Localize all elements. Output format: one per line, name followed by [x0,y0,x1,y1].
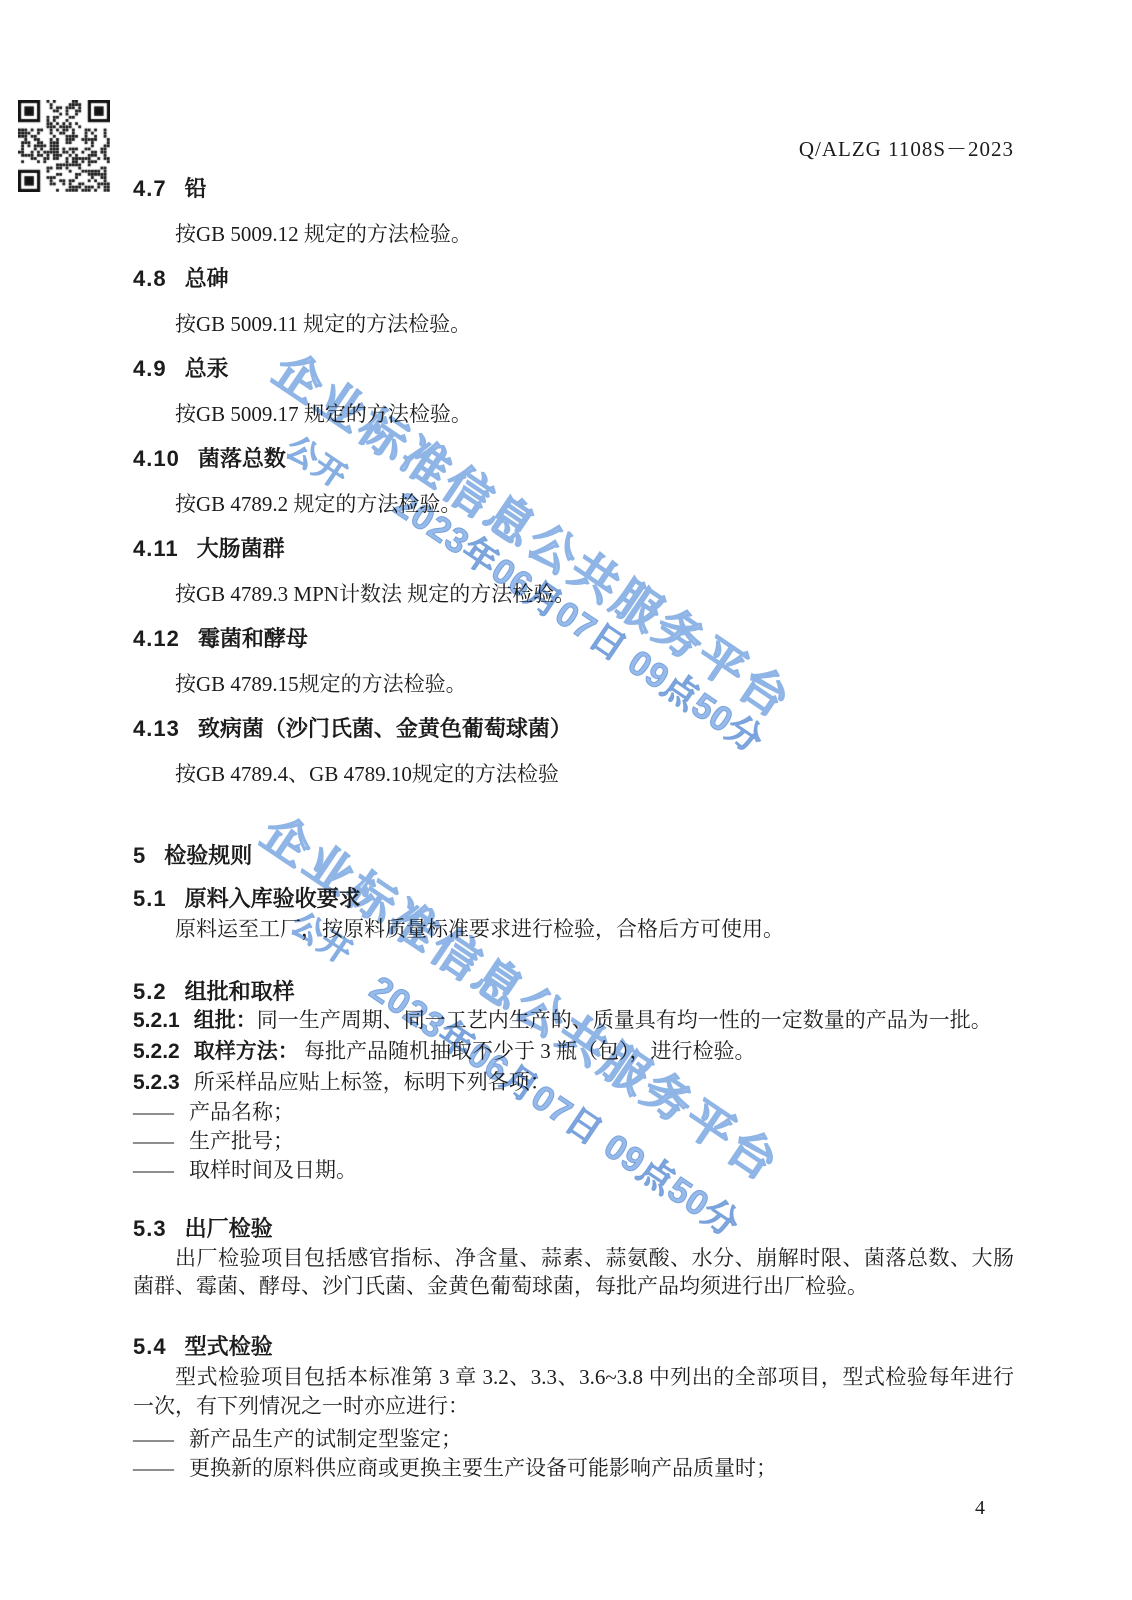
clause-number: 5.2.1 [133,1009,180,1032]
section-heading-5-3: 5.3出厂检验 [133,1216,1014,1242]
document-page: 企业标准信息公共服务平台 公开 2023年06月07日 09点50分 企业标准信… [0,0,1132,1600]
section-number: 4.11 [133,536,179,561]
list-item: ——新产品生产的试制定型鉴定； [133,1425,1014,1454]
list-item-text: 生产批号； [189,1129,294,1153]
document-content: 4.7铅 按GB 5009.12 规定的方法检验。 4.8总砷 按GB 5009… [133,0,1014,1483]
section-body-4-12: 按GB 4789.15规定的方法检验。 [133,671,1014,697]
clause-text: 每批产品随机抽取不少于 3 瓶（包），进行检验。 [299,1039,756,1063]
section-title: 总砷 [185,266,229,291]
section-body-4-11: 按GB 4789.3 MPN计数法 规定的方法检验。 [133,581,1014,607]
clause-5-2-3: 5.2.3所采样品应贴上标签，标明下列各项： [133,1067,1014,1098]
document-code: Q/ALZG 1108S－2023 [799,137,1014,161]
section-heading-5-1: 5.1原料入库验收要求 [133,886,1014,912]
section-heading-5: 5检验规则 [133,843,1014,869]
section-number: 4.13 [133,716,180,741]
section-body-4-13: 按GB 4789.4、GB 4789.10规定的方法检验 [133,761,1014,787]
list-item: ——生产批号； [133,1127,1014,1156]
section-title: 检验规则 [164,843,252,868]
section-number: 5.2 [133,979,167,1004]
list-item-text: 取样时间及日期。 [189,1158,357,1182]
section-title: 总汞 [185,356,229,381]
section-number: 4.8 [133,266,167,291]
section-body-4-7: 按GB 5009.12 规定的方法检验。 [133,221,1014,247]
page-number: 4 [975,1496,985,1520]
list-item-text: 更换新的原料供应商或更换主要生产设备可能影响产品质量时； [189,1456,777,1480]
section-body-4-9: 按GB 5009.17 规定的方法检验。 [133,401,1014,427]
clause-5-2-1: 5.2.1组批：同一生产周期、同一工艺内生产的、质量具有均一性的一定数量的产品为… [133,1005,1014,1036]
section-heading-4-8: 4.8总砷 [133,266,1014,292]
dash-bullet: —— [133,1427,173,1451]
section-number: 5.1 [133,886,167,911]
section-number: 4.9 [133,356,167,381]
section-number: 5 [133,843,146,868]
dash-bullet: —— [133,1100,173,1124]
clause-text: 同一生产周期、同一工艺内生产的、质量具有均一性的一定数量的产品为一批。 [257,1008,992,1032]
dash-bullet: —— [133,1158,173,1182]
dash-bullet: —— [133,1456,173,1480]
section-title: 型式检验 [185,1334,273,1359]
list-item: ——产品名称； [133,1098,1014,1127]
section-title: 致病菌（沙门氏菌、金黄色葡萄球菌） [198,716,572,741]
section-heading-4-7: 4.7铅 [133,176,1014,202]
section-number: 4.7 [133,176,167,201]
section-heading-4-9: 4.9总汞 [133,356,1014,382]
section-number: 4.10 [133,446,180,471]
qr-code [18,100,110,192]
section-title: 出厂检验 [185,1216,273,1241]
section-title: 大肠菌群 [197,536,285,561]
section-number: 5.3 [133,1216,167,1241]
clause-number: 5.2.3 [133,1071,180,1094]
section-body-4-8: 按GB 5009.11 规定的方法检验。 [133,311,1014,337]
clause-number: 5.2.2 [133,1040,180,1063]
list-item: ——取样时间及日期。 [133,1156,1014,1185]
section-body-5-1: 原料运至工厂，按原料质量标准要求进行检验，合格后方可使用。 [133,915,1014,943]
dash-bullet: —— [133,1129,173,1153]
section-heading-5-4: 5.4型式检验 [133,1334,1014,1360]
section-title: 铅 [185,176,207,201]
clause-text: 所采样品应贴上标签，标明下列各项： [194,1070,551,1094]
clause-label: 组批： [194,1009,257,1032]
clause-label: 取样方法： [194,1040,299,1063]
section-title: 组批和取样 [185,979,295,1004]
section-heading-4-12: 4.12霉菌和酵母 [133,626,1014,652]
list-item-text: 产品名称； [189,1100,294,1124]
section-body-5-4: 型式检验项目包括本标准第 3 章 3.2、3.3、3.6~3.8 中列出的全部项… [133,1363,1014,1421]
clause-5-2-2: 5.2.2取样方法： 每批产品随机抽取不少于 3 瓶（包），进行检验。 [133,1036,1014,1067]
list-item-text: 新产品生产的试制定型鉴定； [189,1427,462,1451]
section-heading-5-2: 5.2组批和取样 [133,979,1014,1005]
section-body-4-10: 按GB 4789.2 规定的方法检验。 [133,491,1014,517]
section-heading-4-10: 4.10菌落总数 [133,446,1014,472]
section-title: 原料入库验收要求 [185,886,361,911]
section-number: 4.12 [133,626,180,651]
section-body-5-3: 出厂检验项目包括感官指标、净含量、蒜素、蒜氨酸、水分、崩解时限、菌落总数、大肠菌… [133,1244,1014,1300]
section-heading-4-11: 4.11大肠菌群 [133,536,1014,562]
section-title: 霉菌和酵母 [198,626,308,651]
section-number: 5.4 [133,1334,167,1359]
list-item: ——更换新的原料供应商或更换主要生产设备可能影响产品质量时； [133,1454,1014,1483]
section-heading-4-13: 4.13致病菌（沙门氏菌、金黄色葡萄球菌） [133,716,1014,742]
section-title: 菌落总数 [198,446,286,471]
